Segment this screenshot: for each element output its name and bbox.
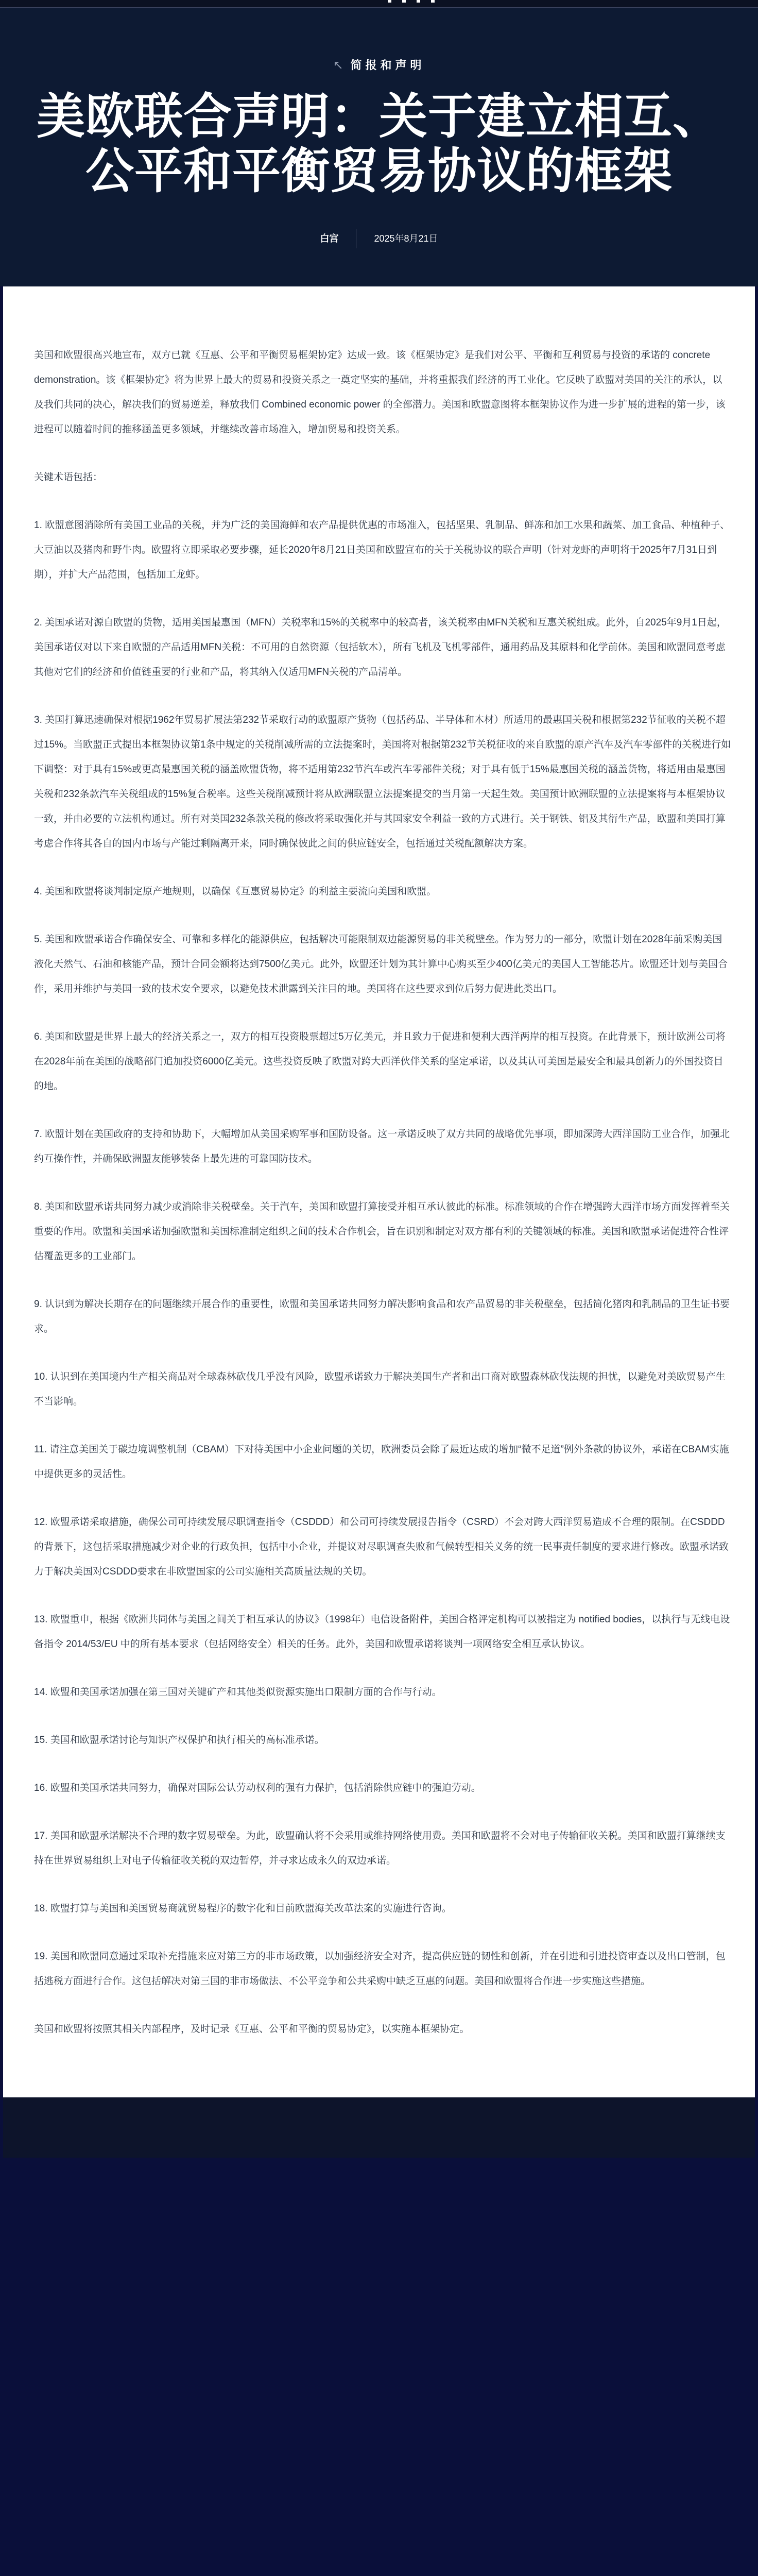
- statement-item-13: 13. 欧盟重申，根据《欧洲共同体与美国之间关于相互承认的协议》（1998年）电…: [34, 1607, 731, 1657]
- statement-item-12: 12. 欧盟承诺采取措施，确保公司可持续发展尽职调查指令（CSDDD）和公司可持…: [34, 1510, 731, 1584]
- hero-header: ↖ 简报和声明 美欧联合声明：关于建立相互、 公平和平衡贸易协议的框架 白宫 2…: [0, 8, 758, 286]
- statement-item-4: 4. 美国和欧盟将谈判制定原产地规则，以确保《互惠贸易协定》的利益主要流向美国和…: [34, 879, 731, 904]
- page-footer: [3, 2097, 755, 2158]
- statement-item-19: 19. 美国和欧盟同意通过采取补充措施来应对第三方的非市场政策，以加强经济安全对…: [34, 1944, 731, 1994]
- page-title: 美欧联合声明：关于建立相互、 公平和平衡贸易协议的框架: [0, 90, 758, 199]
- page: ↖ 简报和声明 美欧联合声明：关于建立相互、 公平和平衡贸易协议的框架 白宫 2…: [0, 0, 758, 2158]
- statement-article: 美国和欧盟很高兴地宣布，双方已就《互惠、公平和平衡贸易框架协定》达成一致。该《框…: [3, 286, 755, 2097]
- clipped-nav-glyph: [388, 0, 391, 3]
- page-title-line2: 公平和平衡贸易协议的框架: [0, 144, 758, 199]
- statement-item-2: 2. 美国承诺对源自欧盟的货物，适用美国最惠国（MFN）关税率和15%的关税率中…: [34, 611, 731, 685]
- statement-item-8: 8. 美国和欧盟承诺共同努力减少或消除非关税壁垒。关于汽车，美国和欧盟打算接受并…: [34, 1195, 731, 1269]
- key-terms-label: 关键术语包括：: [34, 465, 731, 490]
- breadcrumb-briefings-link[interactable]: ↖ 简报和声明: [333, 60, 425, 71]
- byline-date: 2025年8月21日: [374, 233, 438, 244]
- statement-item-7: 7. 欧盟计划在美国政府的支持和协助下，大幅增加从美国采购军事和国防设备。这一承…: [34, 1122, 731, 1172]
- closing-paragraph: 美国和欧盟将按照其相关内部程序，及时记录《互惠、公平和平衡的贸易协定》，以实施本…: [34, 2017, 731, 2042]
- clipped-nav-glyph: [402, 0, 406, 3]
- statement-item-3: 3. 美国打算迅速确保对根据1962年贸易扩展法第232节采取行动的欧盟原产货物…: [34, 708, 731, 856]
- statement-item-9: 9. 认识到为解决长期存在的问题继续开展合作的重要性，欧盟和美国承诺共同努力解决…: [34, 1292, 731, 1342]
- statement-item-10: 10. 认识到在美国境内生产相关商品对全球森林砍伐几乎没有风险，欧盟承诺致力于解…: [34, 1365, 731, 1414]
- page-title-line1: 美欧联合声明：关于建立相互、: [0, 90, 758, 144]
- statement-item-6: 6. 美国和欧盟是世界上最大的经济关系之一，双方的相互投资股票超过5万亿美元，并…: [34, 1025, 731, 1099]
- statement-item-1: 1. 欧盟意图消除所有美国工业品的关税，并为广泛的美国海鲜和农产品提供优惠的市场…: [34, 513, 731, 587]
- intro-paragraph: 美国和欧盟很高兴地宣布，双方已就《互惠、公平和平衡贸易框架协定》达成一致。该《框…: [34, 343, 731, 442]
- statement-item-5: 5. 美国和欧盟承诺合作确保安全、可靠和多样化的能源供应，包括解决可能限制双边能…: [34, 927, 731, 1002]
- statement-item-11: 11. 请注意美国关于碳边境调整机制（CBAM）下对待美国中小企业问题的关切，欧…: [34, 1437, 731, 1487]
- clipped-nav-glyph: [431, 0, 435, 3]
- byline-divider: [356, 229, 356, 248]
- breadcrumb-label: 简报和声明: [351, 60, 425, 71]
- byline-source: 白宫: [320, 233, 338, 244]
- top-nav-clipped: [0, 0, 758, 8]
- clipped-nav-glyph: [417, 0, 420, 3]
- statement-item-17: 17. 美国和欧盟承诺解决不合理的数字贸易壁垒。为此，欧盟确认将不会采用或维持网…: [34, 1824, 731, 1873]
- statement-item-16: 16. 欧盟和美国承诺共同努力，确保对国际公认劳动权利的强有力保护，包括消除供应…: [34, 1776, 731, 1801]
- statement-item-14: 14. 欧盟和美国承诺加强在第三国对关键矿产和其他类似资源实施出口限制方面的合作…: [34, 1680, 731, 1705]
- arrow-up-left-icon: ↖: [333, 60, 343, 71]
- statement-item-18: 18. 欧盟打算与美国和美国贸易商就贸易程序的数字化和目前欧盟海关改革法案的实施…: [34, 1896, 731, 1921]
- statement-item-15: 15. 美国和欧盟承诺讨论与知识产权保护和执行相关的高标准承诺。: [34, 1728, 731, 1753]
- byline: 白宫 2025年8月21日: [0, 229, 758, 248]
